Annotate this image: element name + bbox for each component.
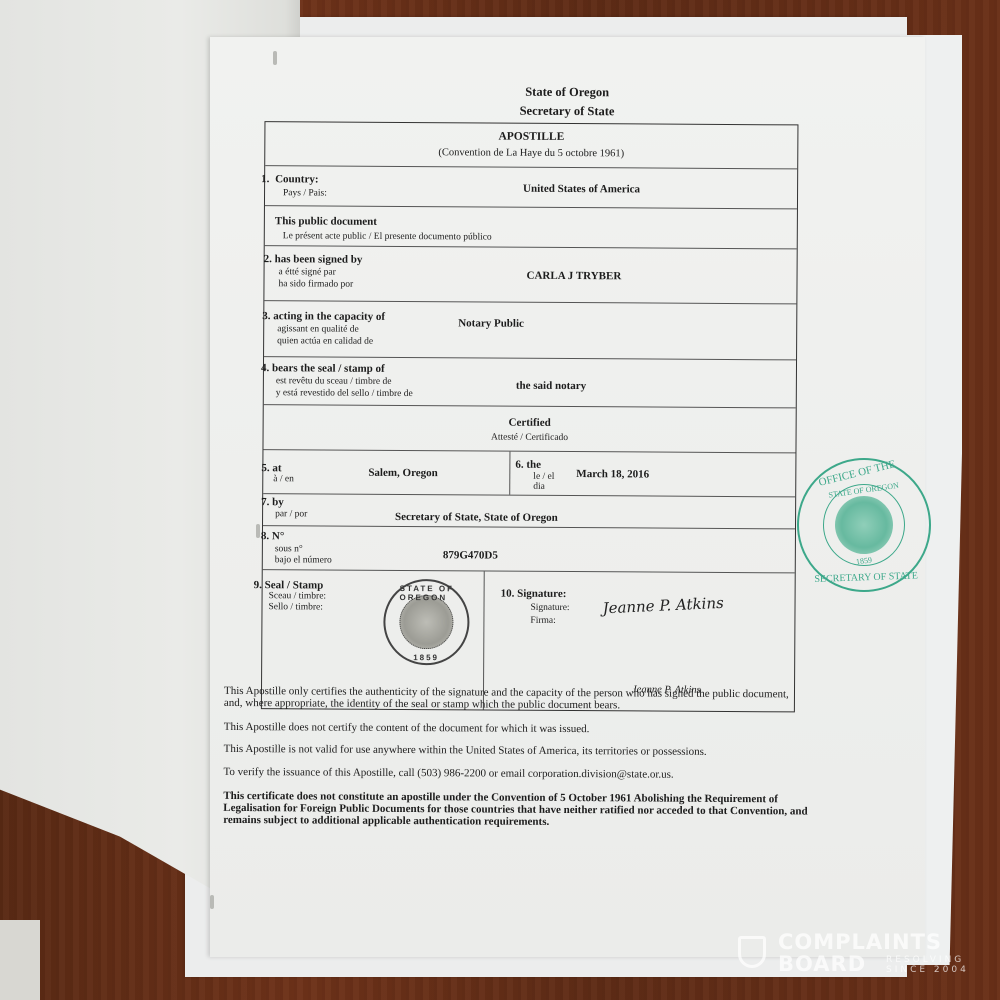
apostille-title: APOSTILLE bbox=[265, 129, 797, 144]
seal-of-sublabel-es: y está revestido del sello / timbre de bbox=[276, 387, 413, 400]
certified-sublabel: Attesté / Certificado bbox=[264, 430, 796, 445]
row-public-document: This public document Le présent acte pub… bbox=[265, 206, 797, 249]
country-sublabel: Pays / Pais: bbox=[283, 187, 327, 199]
number-label: 8. N° bbox=[261, 530, 284, 542]
watermark-tagline: RESOLVING SINCE 2004 bbox=[886, 955, 969, 975]
note-content: This Apostille does not certify the cont… bbox=[224, 721, 804, 737]
handwritten-signature: Jeanne P. Atkins bbox=[602, 594, 724, 618]
signature-sublabel-es: Firma: bbox=[530, 615, 555, 627]
note-verify: To verify the issuance of this Apostille… bbox=[223, 766, 803, 782]
signer-name: CARLA J TRYBER bbox=[527, 270, 622, 283]
seal-of-sublabel-fr: est revêtu du sceau / timbre de bbox=[276, 375, 392, 388]
apostille-number: 879G470D5 bbox=[443, 549, 498, 561]
row-place-date: 5. at à / en Salem, Oregon 6. the le / e… bbox=[263, 450, 795, 497]
header-secretary: Secretary of State bbox=[210, 102, 925, 121]
watermark-line1: COMPLAINTS bbox=[778, 930, 942, 954]
row-number: 8. N° sous n° bajo el número 879G470D5 bbox=[263, 526, 795, 573]
number-sublabel-es: bajo el número bbox=[275, 554, 332, 566]
row-country: 1. Country: Pays / Pais: United States o… bbox=[265, 166, 797, 209]
disclaimer-text: This certificate does not constitute an … bbox=[223, 790, 808, 830]
country-number: 1. bbox=[261, 173, 269, 185]
date-label: 6. the bbox=[515, 459, 541, 471]
country-value: United States of America bbox=[523, 183, 640, 196]
certified-label: Certified bbox=[264, 415, 796, 430]
signed-by-sublabel-es: ha sido firmado por bbox=[278, 278, 353, 290]
shield-icon bbox=[738, 936, 766, 968]
row-capacity: 3. acting in the capacity of agissant en… bbox=[264, 301, 796, 360]
by-sublabel: par / por bbox=[275, 508, 307, 520]
apostille-form-table: APOSTILLE (Convention de La Haye du 5 oc… bbox=[261, 121, 799, 712]
place-value: Salem, Oregon bbox=[368, 467, 438, 479]
signature-label: 10. Signature: bbox=[501, 588, 567, 600]
date-sublabel-es: dia bbox=[533, 481, 545, 493]
convention-text: (Convention de La Haye du 5 octobre 1961… bbox=[265, 146, 797, 161]
row-certified: Certified Attesté / Certificado bbox=[263, 405, 795, 453]
signature-sublabel-fr: Signature: bbox=[530, 602, 569, 614]
signed-by-sublabel-fr: a étté signé par bbox=[279, 266, 336, 278]
row-seal-of: 4. bears the seal / stamp of est revêtu … bbox=[264, 357, 796, 408]
left-page-corner bbox=[0, 920, 40, 1000]
oregon-state-seal: STATE OF OREGON 1859 bbox=[383, 579, 470, 666]
header-state: State of Oregon bbox=[210, 83, 925, 102]
capacity-sublabel-fr: agissant en qualité de bbox=[277, 323, 359, 335]
seal-of-label: 4. bears the seal / stamp of bbox=[261, 362, 385, 375]
row-title: APOSTILLE (Convention de La Haye du 5 oc… bbox=[265, 122, 797, 169]
row-by: 7. by par / por Secretary of State, Stat… bbox=[263, 494, 795, 529]
row-signed-by: 2. has been signed by a étté signé par h… bbox=[264, 246, 796, 304]
capacity-sublabel-es: quien actúa en calidad de bbox=[277, 335, 373, 348]
public-document-label: This public document bbox=[275, 215, 377, 228]
seal-of-value: the said notary bbox=[516, 380, 586, 392]
public-document-sublabel: Le présent acte public / El presente doc… bbox=[283, 230, 492, 243]
watermark-line2: BOARD bbox=[778, 952, 866, 976]
note-authenticity: This Apostille only certifies the authen… bbox=[224, 685, 804, 713]
seal-stamp-sublabel-es: Sello / timbre: bbox=[268, 601, 322, 613]
place-sublabel: à / en bbox=[273, 473, 294, 485]
seal-year: 1859 bbox=[413, 653, 439, 662]
by-value: Secretary of State, State of Oregon bbox=[395, 511, 558, 524]
by-label: 7. by bbox=[261, 496, 284, 508]
country-label: Country: bbox=[275, 173, 318, 185]
signed-by-label: 2. has been signed by bbox=[264, 253, 363, 266]
capacity-label: 3. acting in the capacity of bbox=[262, 310, 385, 323]
date-value: March 18, 2016 bbox=[576, 468, 649, 480]
seal-top-text: STATE OF OREGON bbox=[400, 584, 468, 602]
capacity-value: Notary Public bbox=[458, 317, 524, 329]
note-validity: This Apostille is not valid for use anyw… bbox=[224, 743, 804, 759]
